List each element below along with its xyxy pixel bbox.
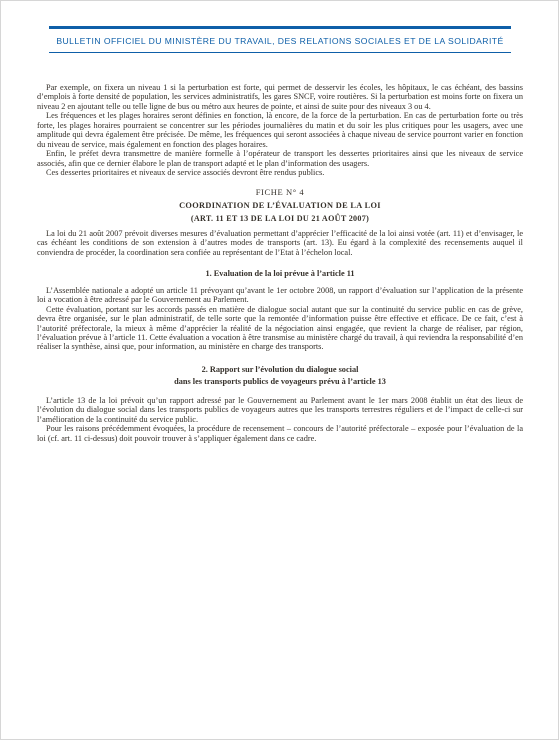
masthead-rule-bottom [49, 52, 511, 53]
paragraph-section2-1: L’article 13 de la loi prévoit qu’un rap… [37, 396, 523, 424]
paragraph-section1-2: Cette évaluation, portant sur les accord… [37, 305, 523, 352]
section-2-heading: 2. Rapport sur l’évolution du dialogue s… [37, 364, 523, 389]
paragraph-section1-1: L’Assemblée nationale a adopté un articl… [37, 286, 523, 305]
section-2-heading-line-2: dans les transports publics de voyageurs… [37, 376, 523, 389]
paragraph-section2-2: Pour les raisons précédemment évoquées, … [37, 424, 523, 443]
section-2-heading-line-1: 2. Rapport sur l’évolution du dialogue s… [37, 364, 523, 377]
paragraph-intro-2: Les fréquences et les plages horaires se… [37, 111, 523, 149]
paragraph-intro-4: Ces dessertes prioritaires et niveaux de… [37, 168, 523, 177]
paragraph-intro-1: Par exemple, on fixera un niveau 1 si la… [37, 83, 523, 111]
fiche-title-heading: COORDINATION DE L’ÉVALUATION DE LA LOI [37, 201, 523, 210]
masthead-title: BULLETIN OFFICIEL DU MINISTÈRE DU TRAVAI… [49, 29, 511, 52]
paragraph-intro-3: Enfin, le préfet devra transmettre de ma… [37, 149, 523, 168]
fiche-number-heading: FICHE N° 4 [37, 188, 523, 197]
document-page: BULLETIN OFFICIEL DU MINISTÈRE DU TRAVAI… [0, 0, 559, 740]
fiche-subtitle-heading: (ART. 11 ET 13 DE LA LOI DU 21 AOÛT 2007… [37, 214, 523, 223]
document-body: Par exemple, on fixera un niveau 1 si la… [37, 83, 523, 443]
masthead: BULLETIN OFFICIEL DU MINISTÈRE DU TRAVAI… [49, 26, 511, 53]
paragraph-fiche-intro: La loi du 21 août 2007 prévoit diverses … [37, 229, 523, 257]
section-1-heading: 1. Evaluation de la loi prévue à l’artic… [37, 269, 523, 278]
